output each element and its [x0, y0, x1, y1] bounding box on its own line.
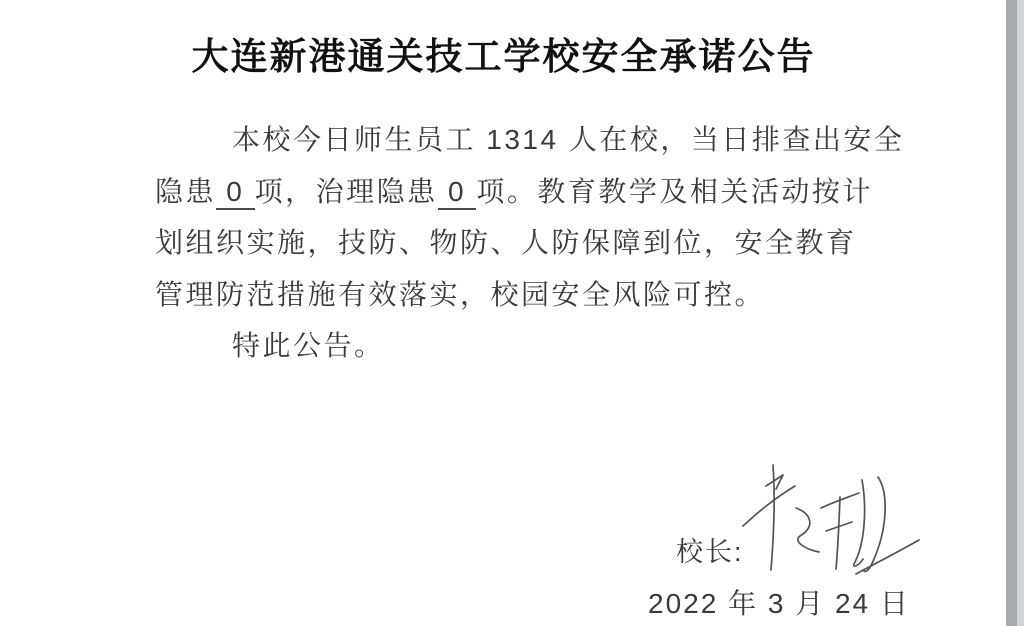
scrollbar-track[interactable] [1006, 0, 1024, 626]
body-line-1-text: 本校今日师生员工 1314 人在校，当日排查出安全 [232, 124, 904, 155]
page-title: 大连新港通关技工学校安全承诺公告 [0, 33, 1007, 81]
body-line-3: 划组织实施，技防、物防、人防保障到位，安全教育 [155, 217, 895, 269]
scrollbar-thumb[interactable] [1006, 0, 1017, 626]
body-line-5: 特此公告。 [155, 320, 895, 372]
body-line-3-text: 划组织实施，技防、物防、人防保障到位，安全教育 [155, 227, 857, 258]
body-line-4-text: 管理防范措施有效落实，校园安全风险可控。 [155, 279, 765, 310]
body-line-2-text-c: 项。教育教学及相关活动按计 [476, 176, 873, 207]
body-line-2: 隐患 0 项，治理隐患 0 项。教育教学及相关活动按计 [155, 166, 895, 218]
document-page: 大连新港通关技工学校安全承诺公告 本校今日师生员工 1314 人在校，当日排查出… [0, 0, 1024, 626]
underlined-hazard-count: 0 [216, 176, 255, 210]
underlined-remediation-count: 0 [438, 176, 477, 210]
body-paragraph: 本校今日师生员工 1314 人在校，当日排查出安全 隐患 0 项，治理隐患 0 … [155, 114, 895, 372]
body-line-2-text-a: 隐患 [155, 176, 216, 207]
date-line: 2022 年 3 月 24 日 [648, 582, 910, 622]
body-line-2-text-b: 项，治理隐患 [255, 176, 438, 207]
body-line-4: 管理防范措施有效落实，校园安全风险可控。 [155, 269, 895, 321]
body-line-1: 本校今日师生员工 1314 人在校，当日排查出安全 [155, 114, 895, 166]
body-line-5-text: 特此公告。 [232, 330, 385, 361]
handwritten-signature-icon [726, 448, 936, 593]
